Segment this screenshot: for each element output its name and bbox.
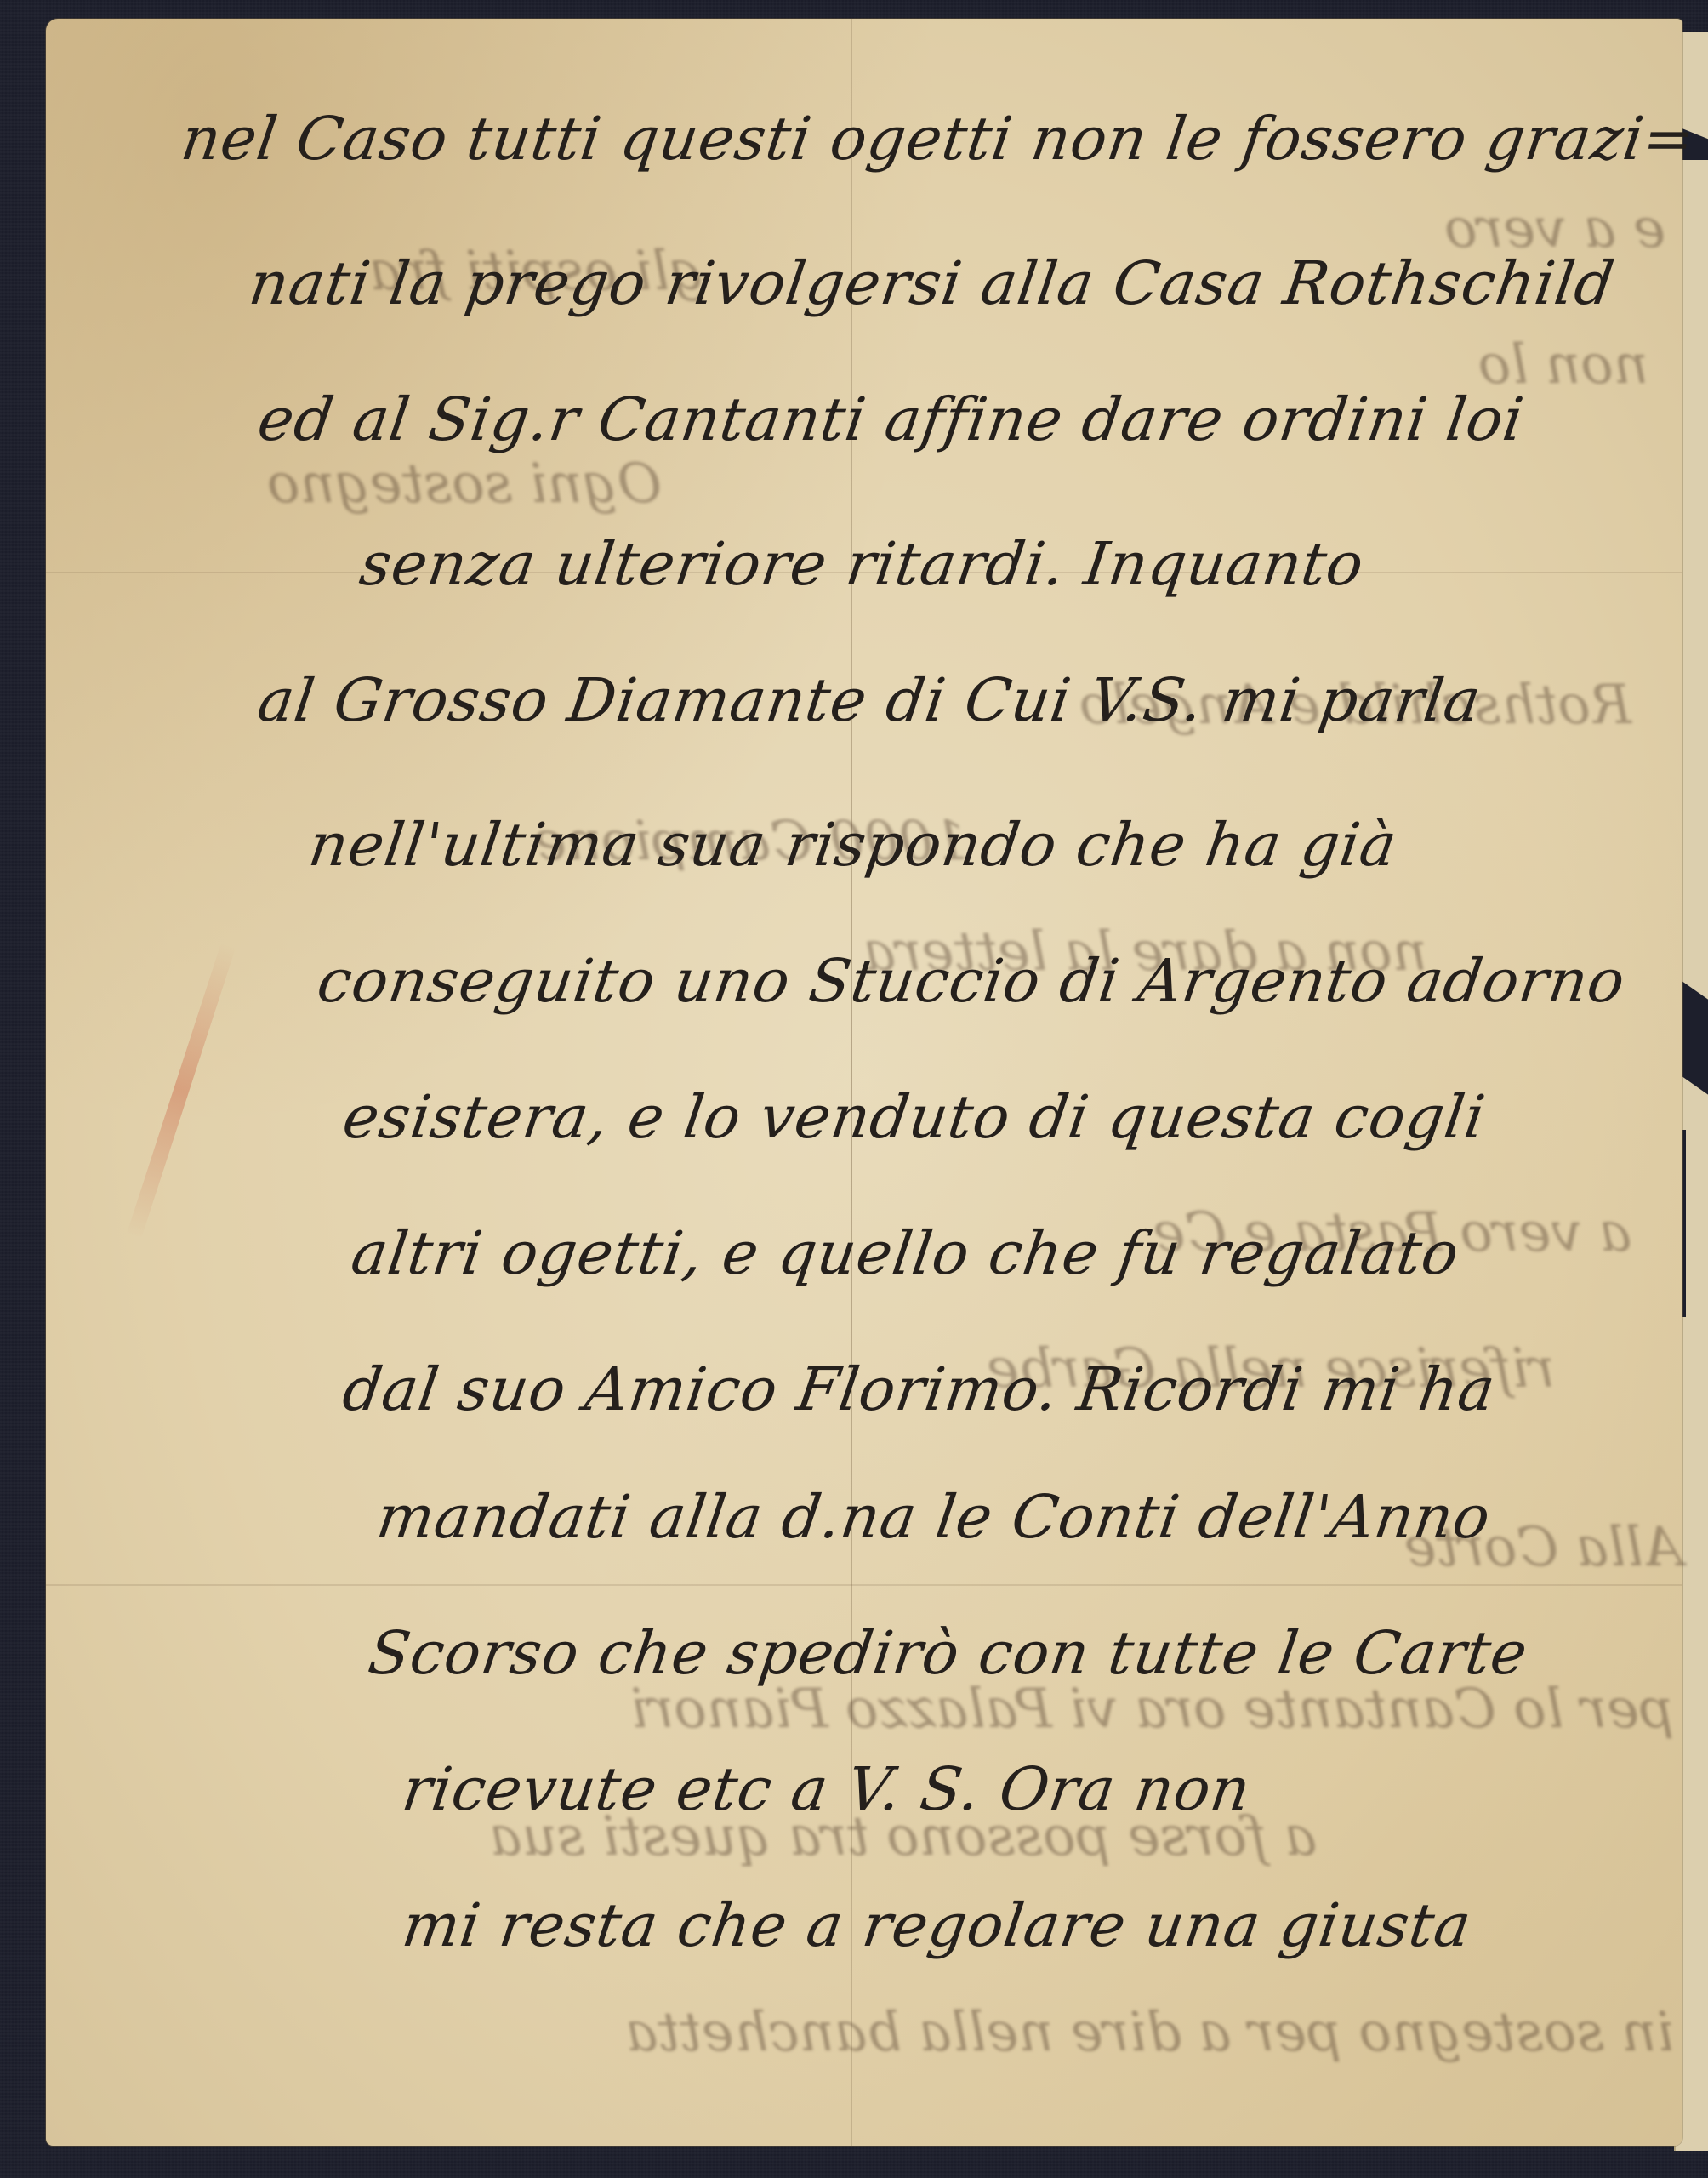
handwritten-line: mi resta che a regolare una giusta — [398, 1890, 1476, 1960]
handwritten-line: al Grosso Diamante di Cui V.S. mi parla — [253, 665, 1485, 735]
handwritten-line: nell'ultima sua rispondo che ha già — [305, 810, 1401, 880]
scanned-manuscript: e a vero gli ospiti fra non lo Ogni sost… — [0, 0, 1708, 2178]
handwritten-line: altri ogetti, e quello che fu regalato — [347, 1218, 1464, 1288]
handwritten-line: Scorso che spedirò con tutte le Carte — [364, 1618, 1532, 1688]
handwritten-line: dal suo Amico Florimo. Ricordi mi ha — [339, 1354, 1500, 1424]
letter-body: nel Caso tutti questi ogetti non le foss… — [46, 19, 1682, 2146]
handwritten-line: conseguito uno Stuccio di Argento adorno — [313, 946, 1630, 1016]
handwritten-line: ed al Sig.r Cantanti affine dare ordini … — [253, 385, 1528, 454]
handwritten-line: nel Caso tutti questi ogetti non le foss… — [177, 104, 1699, 174]
handwritten-line: mandati alla d.na le Conti dell'Anno — [373, 1482, 1494, 1552]
handwritten-line: nati la prego rivolgersi alla Casa Roths… — [245, 248, 1619, 318]
handwritten-line: senza ulteriore ritardi. Inquanto — [356, 529, 1369, 599]
handwritten-line: esistera, e lo venduto di questa cogli — [339, 1082, 1489, 1152]
letter-page: e a vero gli ospiti fra non lo Ogni sost… — [46, 19, 1682, 2146]
handwritten-line: ricevute etc a V. S. Ora non — [398, 1754, 1255, 1824]
